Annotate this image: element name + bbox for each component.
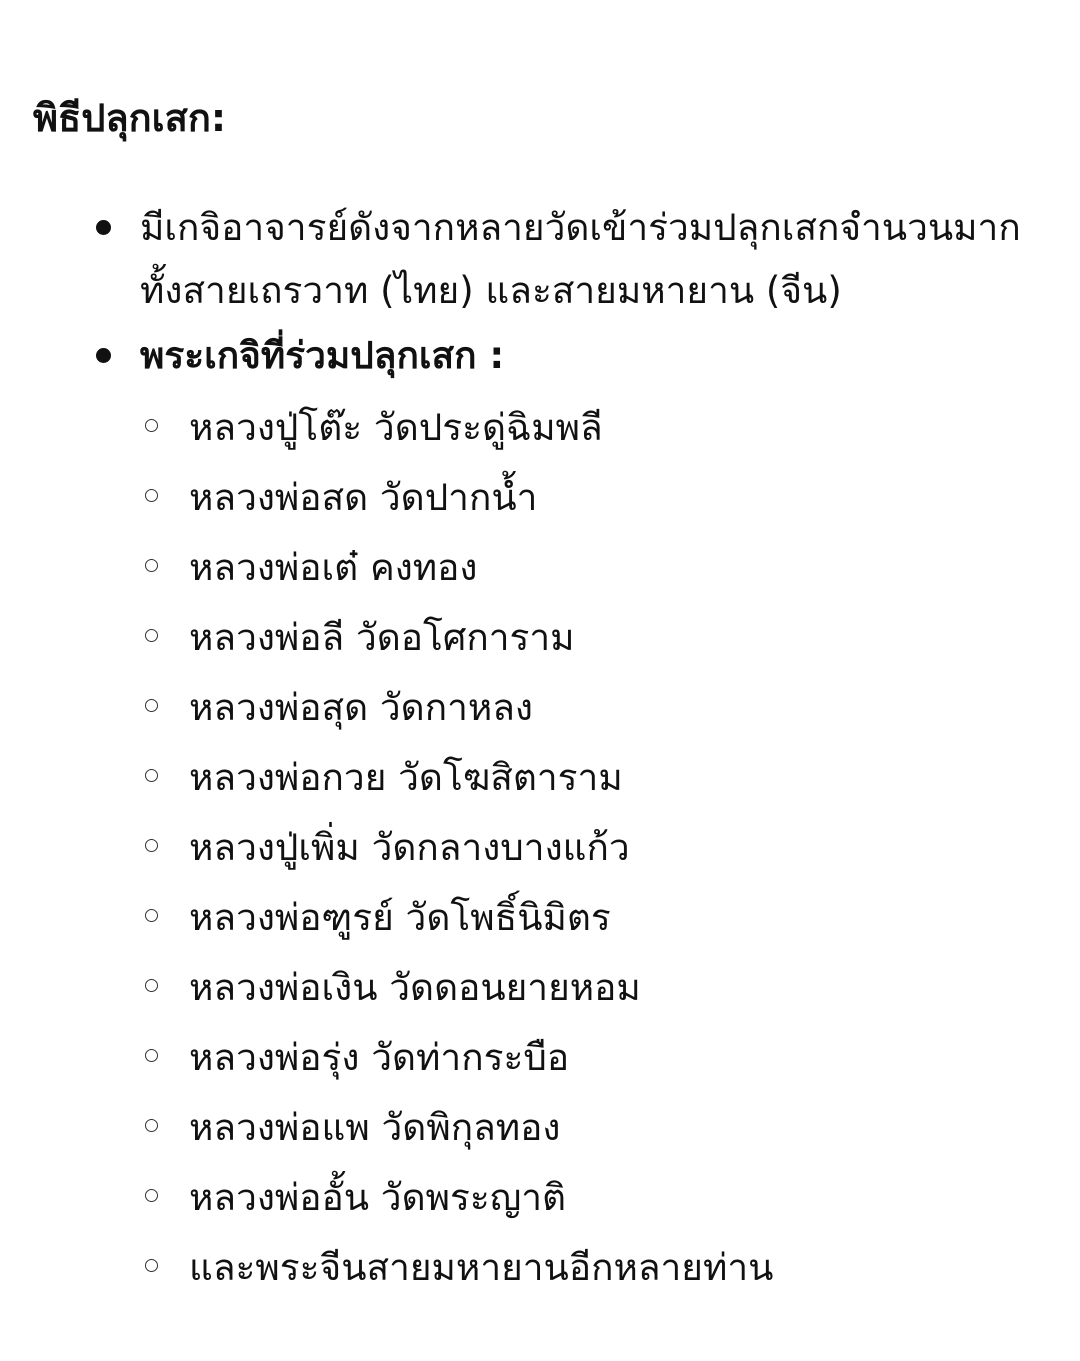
monk-name: หลวงพ่อสด วัดปากน้ำ	[189, 476, 537, 519]
bullet-circle-icon	[145, 699, 158, 712]
bullet-disc-icon	[96, 348, 111, 363]
monk-item: หลวงปู่โต๊ะ วัดประดู่ฉิมพลี	[0, 393, 1080, 463]
bullet-circle-icon	[145, 559, 158, 572]
monk-name: หลวงพ่อแพ วัดพิกุลทอง	[189, 1106, 560, 1149]
bullet-disc-icon	[96, 220, 111, 235]
bullet-circle-icon	[145, 1259, 158, 1272]
bullet-circle-icon	[145, 489, 158, 502]
monk-name: หลวงพ่อฑูรย์ วัดโพธิ์นิมิตร	[189, 896, 611, 939]
monks-header-text: พระเกจิที่ร่วมปลุกเสก :	[140, 334, 504, 377]
monk-item: หลวงพ่อแพ วัดพิกุลทอง	[0, 1093, 1080, 1163]
monk-item: หลวงพ่อรุ่ง วัดท่ากระบือ	[0, 1023, 1080, 1093]
bullet-circle-icon	[145, 979, 158, 992]
monk-name: และพระจีนสายมหายานอีกหลายท่าน	[189, 1246, 773, 1289]
bullet-circle-icon	[145, 1189, 158, 1202]
monk-name: หลวงพ่อรุ่ง วัดท่ากระบือ	[189, 1036, 569, 1079]
monk-name: หลวงปู่เพิ่ม วัดกลางบางแก้ว	[189, 826, 630, 869]
bullet-circle-icon	[145, 1049, 158, 1062]
bullet-circle-icon	[145, 629, 158, 642]
monk-item: หลวงพ่อสุด วัดกาหลง	[0, 673, 1080, 743]
monk-item: หลวงพ่ออั้น วัดพระญาติ	[0, 1163, 1080, 1233]
monk-name: หลวงพ่อสุด วัดกาหลง	[189, 686, 533, 729]
monk-name: หลวงพ่อเงิน วัดดอนยายหอม	[189, 966, 641, 1009]
section-heading: พิธีปลุกเสก:	[33, 88, 226, 148]
bullet-circle-icon	[145, 909, 158, 922]
monk-name: หลวงพ่อเต๋ คงทอง	[189, 546, 477, 589]
list-item-monks-header: พระเกจิที่ร่วมปลุกเสก :	[0, 324, 1080, 387]
monk-name: หลวงพ่อกวย วัดโฆสิตาราม	[189, 756, 623, 799]
monk-item: หลวงพ่อสด วัดปากน้ำ	[0, 463, 1080, 533]
monk-item: หลวงพ่อลี วัดอโศการาม	[0, 603, 1080, 673]
bullet-circle-icon	[145, 419, 158, 432]
monk-item: หลวงปู่เพิ่ม วัดกลางบางแก้ว	[0, 813, 1080, 883]
monk-item: หลวงพ่อเงิน วัดดอนยายหอม	[0, 953, 1080, 1023]
main-bullet-list: มีเกจิอาจารย์ดังจากหลายวัดเข้าร่วมปลุกเส…	[0, 196, 1080, 387]
bullet-circle-icon	[145, 839, 158, 852]
monk-name: หลวงพ่ออั้น วัดพระญาติ	[189, 1176, 566, 1219]
monk-item: หลวงพ่อฑูรย์ วัดโพธิ์นิมิตร	[0, 883, 1080, 953]
bullet-circle-icon	[145, 769, 158, 782]
monk-item: หลวงพ่อเต๋ คงทอง	[0, 533, 1080, 603]
description-text: มีเกจิอาจารย์ดังจากหลายวัดเข้าร่วมปลุกเส…	[140, 206, 1021, 312]
monk-item: และพระจีนสายมหายานอีกหลายท่าน	[0, 1233, 1080, 1303]
bullet-circle-icon	[145, 1119, 158, 1132]
monk-name: หลวงพ่อลี วัดอโศการาม	[189, 616, 575, 659]
monk-name: หลวงปู่โต๊ะ วัดประดู่ฉิมพลี	[189, 406, 603, 449]
monks-list: หลวงปู่โต๊ะ วัดประดู่ฉิมพลี หลวงพ่อสด วั…	[0, 393, 1080, 1303]
list-item-description: มีเกจิอาจารย์ดังจากหลายวัดเข้าร่วมปลุกเส…	[0, 196, 1080, 322]
monk-item: หลวงพ่อกวย วัดโฆสิตาราม	[0, 743, 1080, 813]
